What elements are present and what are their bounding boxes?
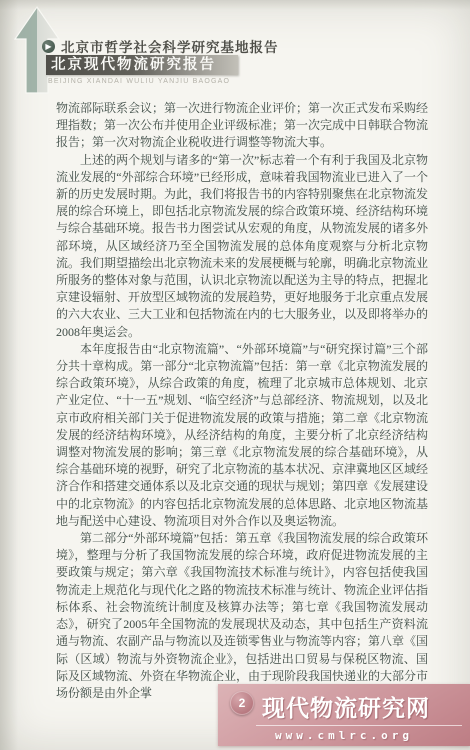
paragraph-continuation: 物流部际联系会议；第一次进行物流企业评价；第一次正式发布采购经理指数；第一次公布… (56, 100, 428, 152)
paragraph: 第二部分“外部环境篇”包括：第五章《我国物流发展的综合政策环境》，整理与分析了我… (56, 530, 428, 702)
paragraph: 本年度报告由“北京物流篇”、“外部环境篇”与“研究探讨篇”三个部分共十章构成。第… (56, 341, 428, 530)
arrow-bullet-icon: ▶ (42, 40, 55, 53)
report-title-banner: 北京现代物流研究报告 (46, 55, 238, 75)
page-number-badge: 2 (230, 691, 254, 715)
series-title-row: ▶ 北京市哲学社会科学研究基地报告 (42, 36, 279, 56)
paragraph: 上述的两个规划与诸多的“第一次”标志着一个有利于我国及北京物流业发展的“外部综合… (56, 152, 428, 341)
banner-subtitle-pinyin: BEIJING XIANDAI WULIU YANJIU BAOGAO (48, 78, 230, 85)
banner-title: 北京现代物流研究报告 (46, 55, 238, 75)
scanned-book-page: ▶ 北京市哲学社会科学研究基地报告 北京现代物流研究报告 BEIJING XIA… (0, 0, 470, 750)
footer-divider (256, 725, 462, 726)
site-footer-banner: 2 现代物流研究网 www.cmlrc.org (218, 684, 470, 746)
site-name: 现代物流研究网 (262, 690, 430, 723)
series-title: 北京市哲学社会科学研究基地报告 (61, 36, 279, 56)
site-url: www.cmlrc.org (218, 728, 470, 744)
page-body: 物流部际联系会议；第一次进行物流企业评价；第一次正式发布采购经理指数；第一次公布… (56, 100, 428, 702)
